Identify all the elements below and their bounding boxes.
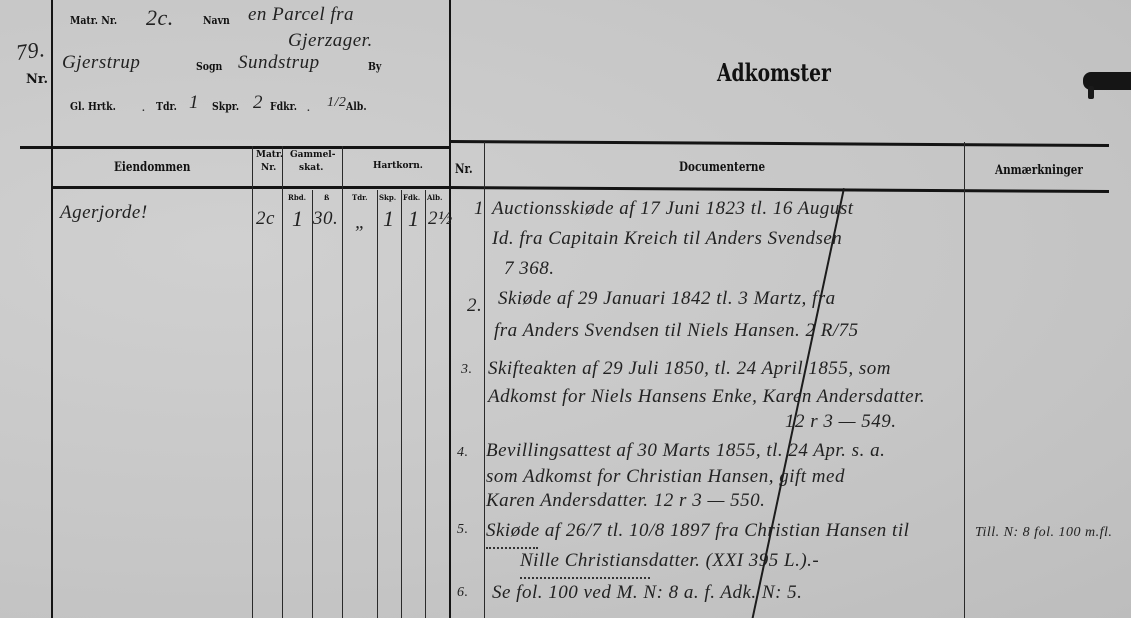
col-line-matr xyxy=(252,146,253,618)
fdkr-label: Fdkr. xyxy=(270,100,297,113)
col-header-nr: Nr. xyxy=(455,162,473,177)
sogn-label: Sogn xyxy=(196,60,222,73)
subheader-rbd: Rbd. xyxy=(288,193,306,202)
doc-4-line-2: som Adkomst for Christian Hansen, gift m… xyxy=(486,466,845,488)
doc-6-nr: 6. xyxy=(457,585,469,601)
doc-5-underline-skiode xyxy=(486,545,538,549)
sogn-prefix-value: Gjerstrup xyxy=(62,52,140,74)
doc-2-nr: 2. xyxy=(467,295,482,317)
doc-1-line-3: 7 368. xyxy=(504,258,555,280)
doc-2-line-2: fra Anders Svendsen til Niels Hansen. 2 … xyxy=(494,320,859,342)
subheader-skilling: ß xyxy=(324,193,329,202)
gl-hrtk-label: Gl. Hrtk. xyxy=(70,100,116,113)
col-header-documenterne: Documenterne xyxy=(679,160,765,175)
navn-value-line1: en Parcel fra xyxy=(248,4,354,26)
doc-3-line-3: 12 r 3 — 549. xyxy=(785,411,897,433)
cell-rbd: 1 xyxy=(292,206,304,232)
col-line-tdr xyxy=(377,190,378,618)
left-margin-line xyxy=(51,0,53,618)
cell-tdr: „ xyxy=(355,212,366,234)
sogn-value: Sundstrup xyxy=(238,52,320,74)
alb-fraction: 1/2 xyxy=(327,95,346,111)
page-number: 79. xyxy=(14,36,46,66)
doc-3-nr: 3. xyxy=(461,362,473,378)
doc-5-line-2: Nille Christiansdatter. (XXI 395 L.).- xyxy=(520,550,819,572)
page-number-label: Nr. xyxy=(26,72,48,87)
cell-alb: 2½ xyxy=(428,208,453,230)
doc-1-line-1: Auctionsskiøde af 17 Juni 1823 tl. 16 Au… xyxy=(492,198,854,220)
navn-label: Navn xyxy=(203,14,230,27)
cell-eiendommen: Agerjorde! xyxy=(60,202,148,224)
col-header-matr-1: Matr. xyxy=(256,150,283,160)
doc-2-line-1: Skiøde af 29 Januari 1842 tl. 3 Martz, f… xyxy=(498,288,836,310)
tdr-value: 1 xyxy=(189,92,199,114)
doc-1-nr: 1 xyxy=(474,198,484,220)
col-line-fdk xyxy=(425,190,426,618)
doc-4-line-3: Karen Andersdatter. 12 r 3 — 550. xyxy=(486,490,765,512)
doc-5-line-1: Skiøde af 26/7 tl. 10/8 1897 fra Christi… xyxy=(486,520,909,542)
colheader-bottom-line-right xyxy=(449,186,1109,193)
subheader-tdr: Tdr. xyxy=(352,193,368,202)
col-line-gammelskat xyxy=(282,146,283,618)
alb-label: Alb. xyxy=(346,100,367,113)
navn-value-line2: Gjerzager. xyxy=(288,30,373,52)
col-line-rbd xyxy=(312,190,313,618)
skpr-label: Skpr. xyxy=(212,100,239,113)
subheader-skp: Skp. xyxy=(379,193,396,202)
doc-1-line-2: Id. fra Capitain Kreich til Anders Svend… xyxy=(492,228,842,250)
cell-skilling: 30. xyxy=(313,208,338,230)
col-line-nr xyxy=(484,142,485,618)
section-title: Adkomster xyxy=(717,58,831,87)
cell-fdk: 1 xyxy=(408,206,420,232)
doc-5-underline-name xyxy=(520,575,650,579)
col-line-anm xyxy=(964,142,965,618)
col-line-hartkorn xyxy=(342,146,343,618)
col-header-matr-2: Nr. xyxy=(261,163,276,173)
doc-3-line-1: Skifteakten af 29 Juli 1850, tl. 24 Apri… xyxy=(488,358,891,380)
cell-skp: 1 xyxy=(383,206,395,232)
header-bottom-line-right xyxy=(449,140,1109,147)
header-bottom-line-left xyxy=(20,146,450,149)
gl-hrtk-value: . xyxy=(142,100,146,116)
paper-clip-tip xyxy=(1088,86,1094,99)
colheader-bottom-line-left xyxy=(51,186,451,189)
doc-3-line-2: Adkomst for Niels Hansens Enke, Karen An… xyxy=(488,386,925,408)
subheader-alb: Alb. xyxy=(427,193,442,202)
col-header-hartkorn: Hartkorn. xyxy=(373,161,423,171)
tdr-label: Tdr. xyxy=(156,100,177,113)
doc-5-anmaerkning: Till. N: 8 fol. 100 m.fl. xyxy=(975,525,1112,541)
cell-matr-nr: 2c xyxy=(256,208,275,230)
col-header-gammelskat-1: Gammel- xyxy=(290,150,335,160)
doc-4-line-1: Bevillingsattest af 30 Marts 1855, tl. 2… xyxy=(486,440,885,462)
by-label: By xyxy=(368,60,381,73)
skpr-value: 2 xyxy=(253,92,263,114)
matr-nr-label: Matr. Nr. xyxy=(70,14,117,27)
matr-nr-value: 2c. xyxy=(146,5,174,31)
doc-5-nr: 5. xyxy=(457,522,469,538)
col-header-gammelskat-2: skat. xyxy=(299,163,323,173)
register-page: 79. Nr. Matr. Nr. 2c. Navn en Parcel fra… xyxy=(0,0,1131,618)
doc-4-nr: 4. xyxy=(457,445,469,461)
subheader-fdk: Fdk. xyxy=(403,193,420,202)
fdkr-value: . xyxy=(307,100,311,116)
col-line-skp xyxy=(401,190,402,618)
col-header-anmaerkninger: Anmærkninger xyxy=(995,163,1083,178)
col-header-eiendommen: Eiendommen xyxy=(114,160,190,175)
center-divider-line xyxy=(449,0,451,618)
